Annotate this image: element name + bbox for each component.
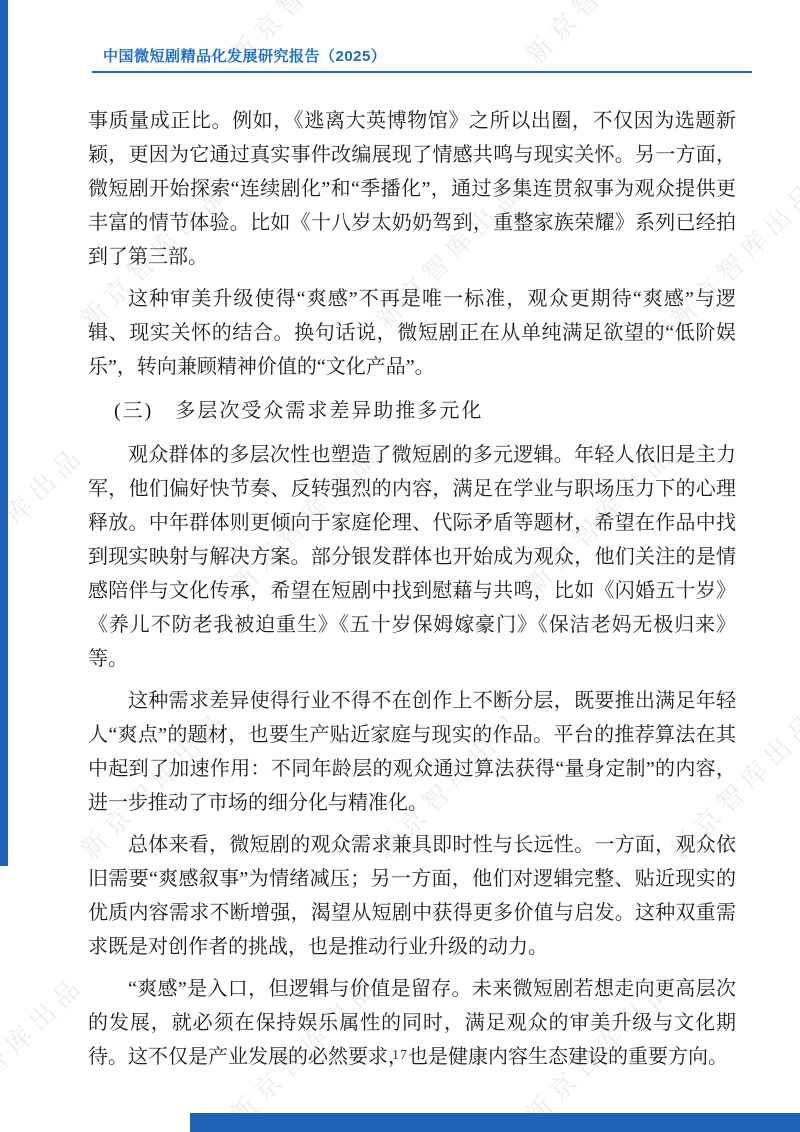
report-header-title: 中国微短剧精品化发展研究报告（2025） <box>103 45 386 66</box>
paragraph: 观众群体的多层次性也塑造了微短剧的多元逻辑。年轻人依旧是主力军，他们偏好快节奏、… <box>88 438 736 676</box>
header-divider <box>92 71 752 73</box>
left-accent-bar <box>0 0 8 866</box>
watermark-text: 新京智库出品 <box>0 435 92 601</box>
paragraph: 总体来看，微短剧的观众需求兼具即时性与长远性。一方面，观众依旧需要“爽感叙事”为… <box>88 828 736 964</box>
report-page: 新京智库出品新京智库出品新京智库出品新京智库出品新京智库出品新京智库出品新京智库… <box>0 0 800 1132</box>
paragraph: 这种需求差异使得行业不得不在创作上不断分层，既要推出满足年轻人“爽点”的题材，也… <box>88 684 736 820</box>
page-number: 17 <box>0 1048 800 1064</box>
paragraph: 这种审美升级使得“爽感”不再是唯一标准，观众更期待“爽感”与逻辑、现实关怀的结合… <box>88 282 736 384</box>
paragraph-continuation: 事质量成正比。例如，《逃离大英博物馆》之所以出圈，不仅因为选题新颖，更因为它通过… <box>88 104 736 274</box>
bottom-accent-bar <box>190 1113 800 1132</box>
section-heading: (三) 多层次受众需求差异助推多元化 <box>88 394 736 428</box>
watermark-text: 新京智库出品 <box>0 0 92 72</box>
watermark-text: 新京智库出品 <box>516 0 682 72</box>
document-body: 事质量成正比。例如，《逃离大英博物馆》之所以出圈，不仅因为选题新颖，更因为它通过… <box>88 104 736 1082</box>
